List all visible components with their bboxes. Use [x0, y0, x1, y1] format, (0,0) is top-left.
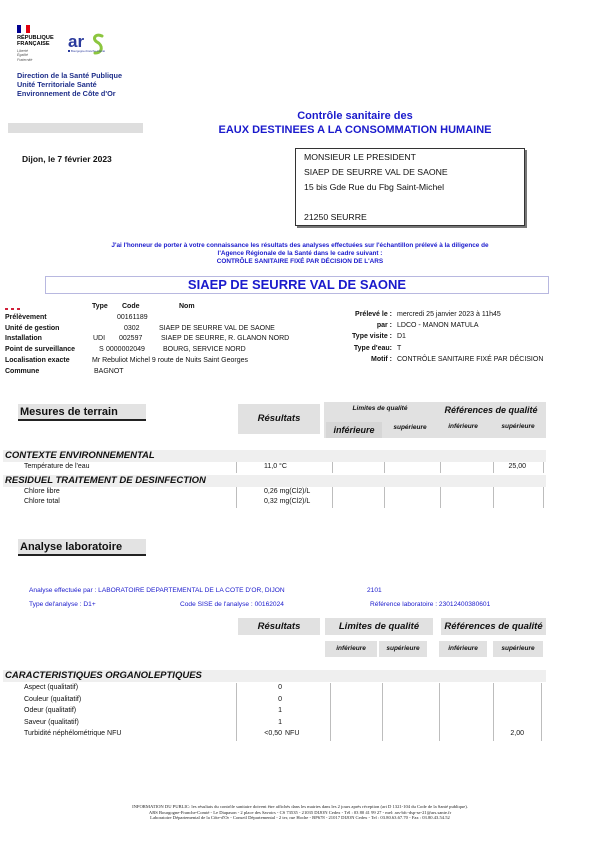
lab-code: 2101: [367, 587, 382, 594]
info-label: Installation: [5, 335, 42, 342]
column-divider: [541, 683, 542, 741]
svg-text:Bourgogne-Franche-Comté: Bourgogne-Franche-Comté: [71, 49, 105, 53]
lab-header-ref-inf: inférieure: [439, 641, 487, 657]
param-name: Température de l'eau: [24, 463, 90, 470]
info-right-label: par :: [330, 322, 392, 329]
column-divider: [236, 487, 237, 508]
col-header-nom: Nom: [179, 303, 195, 310]
document-title: Contrôle sanitaire des EAUX DESTINEES A …: [180, 109, 530, 137]
info-right-label: Prélevé le :: [330, 311, 392, 318]
info-label: Commune: [5, 368, 39, 375]
direction-block: Direction de la Santé Publique Unité Ter…: [17, 71, 122, 98]
info-right-value: T: [397, 345, 401, 352]
column-divider: [382, 683, 383, 741]
lab-performed-by: Analyse effectuée par : LABORATOIRE DEPA…: [29, 587, 285, 594]
info-right-value: CONTRÔLE SANITAIRE FIXÉ PAR DÉCISION: [397, 356, 543, 363]
param-result: 11,0 °C: [264, 463, 287, 470]
sise-code: Code SISE de l'analyse : 00162024: [180, 601, 284, 608]
info-nom: BOURG, SERVICE NORD: [163, 346, 246, 353]
param-name: Chlore total: [24, 498, 60, 505]
recipient-line: MONSIEUR LE PRESIDENT: [304, 152, 416, 162]
column-divider: [384, 462, 385, 473]
intro-text: J'ai l'honneur de porter à votre connais…: [40, 242, 560, 266]
column-divider: [330, 683, 331, 741]
redacted-bar: [8, 123, 143, 133]
category-row: CONTEXTE ENVIRONNEMENTAL: [3, 450, 546, 462]
french-flag-icon: [17, 25, 30, 33]
footer-info: INFORMATION DU PUBLIC: les résultats du …: [40, 804, 560, 821]
column-divider: [493, 487, 494, 508]
ars-logo-icon: ar Bourgogne-Franche-Comté: [68, 30, 108, 60]
category-row: CARACTERISTIQUES ORGANOLEPTIQUES: [3, 670, 546, 682]
recipient-line: 15 bis Gde Rue du Fbg Saint-Michel: [304, 182, 444, 192]
param-name: Aspect (qualitatif): [24, 684, 78, 691]
param-unit: NFU: [285, 730, 299, 737]
lab-header-results: Résultats: [238, 618, 320, 635]
header-limits: Limites de qualité inférieure supérieure: [324, 402, 436, 438]
param-result: <0,50: [240, 730, 282, 737]
lab-header-references: Références de qualité: [441, 618, 546, 635]
info-nom: SIAEP DE SEURRE VAL DE SAONE: [159, 325, 275, 332]
param-name: Turbidité néphélométrique NFU: [24, 730, 121, 737]
param-ref-sup: 25,00: [496, 463, 526, 470]
info-code: 0302: [124, 325, 140, 332]
info-nom: Mr Rebuliot Michel 9 route de Nuits Sain…: [92, 357, 248, 364]
column-divider: [493, 462, 494, 473]
republique-francaise-logo: RÉPUBLIQUE FRANÇAISE: [17, 35, 54, 48]
entity-title: SIAEP DE SEURRE VAL DE SAONE: [45, 276, 549, 294]
section-title-field-measures: Mesures de terrain: [18, 404, 146, 421]
section-title-lab-analysis: Analyse laboratoire: [18, 539, 146, 556]
info-label: Localisation exacte: [5, 357, 70, 364]
republic-motto: Liberté Égalité Fraternité: [17, 49, 32, 62]
param-result: 0,32 mg(Cl2)/L: [264, 498, 310, 505]
column-divider: [384, 487, 385, 508]
param-name: Saveur (qualitatif): [24, 719, 79, 726]
lab-header-lim-inf: inférieure: [325, 641, 377, 657]
info-label: Point de surveillance: [5, 346, 75, 353]
column-divider: [440, 487, 441, 508]
column-divider: [439, 683, 440, 741]
param-result: 1: [240, 719, 282, 726]
column-divider: [493, 683, 494, 741]
recipient-address-box: MONSIEUR LE PRESIDENT SIAEP DE SEURRE VA…: [295, 148, 525, 226]
param-result: 0: [240, 696, 282, 703]
analysis-type: Type del'analyse : D1+: [29, 601, 96, 608]
column-divider: [543, 487, 544, 508]
column-divider: [332, 462, 333, 473]
info-type: UDI: [93, 335, 105, 342]
lab-header-ref-sup: supérieure: [493, 641, 543, 657]
param-name: Chlore libre: [24, 488, 60, 495]
red-dash-marker: [5, 308, 23, 310]
header-results: Résultats: [238, 404, 320, 434]
param-ref-sup: 2,00: [494, 730, 524, 737]
column-divider: [236, 683, 237, 741]
lab-reference: Référence laboratoire : 23012400380601: [370, 601, 490, 608]
column-divider: [440, 462, 441, 473]
column-divider: [332, 487, 333, 508]
lab-header-lim-sup: supérieure: [379, 641, 427, 657]
col-header-type: Type: [92, 303, 108, 310]
lab-header-limits: Limites de qualité: [325, 618, 433, 635]
col-header-code: Code: [122, 303, 140, 310]
recipient-line: SIAEP DE SEURRE VAL DE SAONE: [304, 167, 448, 177]
info-right-value: LDCO - MANON MATULA: [397, 322, 479, 329]
info-code: 00161189: [117, 314, 148, 321]
param-name: Couleur (qualitatif): [24, 696, 81, 703]
info-type: S: [99, 346, 104, 353]
info-right-value: mercredi 25 janvier 2023 à 11h45: [397, 311, 501, 318]
ars-logo: ar Bourgogne-Franche-Comté: [68, 30, 108, 60]
recipient-line: 21250 SEURRE: [304, 212, 367, 222]
column-divider: [543, 462, 544, 473]
info-right-label: Motif :: [330, 356, 392, 363]
param-name: Odeur (qualitatif): [24, 707, 76, 714]
info-nom: BAGNOT: [94, 368, 124, 375]
info-nom: SIAEP DE SEURRE, R. GLANON NORD: [161, 335, 289, 342]
info-right-value: D1: [397, 333, 406, 340]
info-code: 0000002049: [106, 346, 145, 353]
info-right-label: Type visite :: [330, 333, 392, 340]
info-label: Unité de gestion: [5, 325, 59, 332]
column-divider: [236, 462, 237, 473]
param-result: 0: [240, 684, 282, 691]
document-date: Dijon, le 7 février 2023: [22, 154, 112, 164]
param-result: 1: [240, 707, 282, 714]
header-references: Références de qualité inférieure supérie…: [436, 402, 546, 438]
info-label: Prélèvement: [5, 314, 47, 321]
info-right-label: Type d'eau:: [330, 345, 392, 352]
info-code: 002597: [119, 335, 142, 342]
param-result: 0,26 mg(Cl2)/L: [264, 488, 310, 495]
category-row: RESIDUEL TRAITEMENT DE DESINFECTION: [3, 475, 546, 487]
